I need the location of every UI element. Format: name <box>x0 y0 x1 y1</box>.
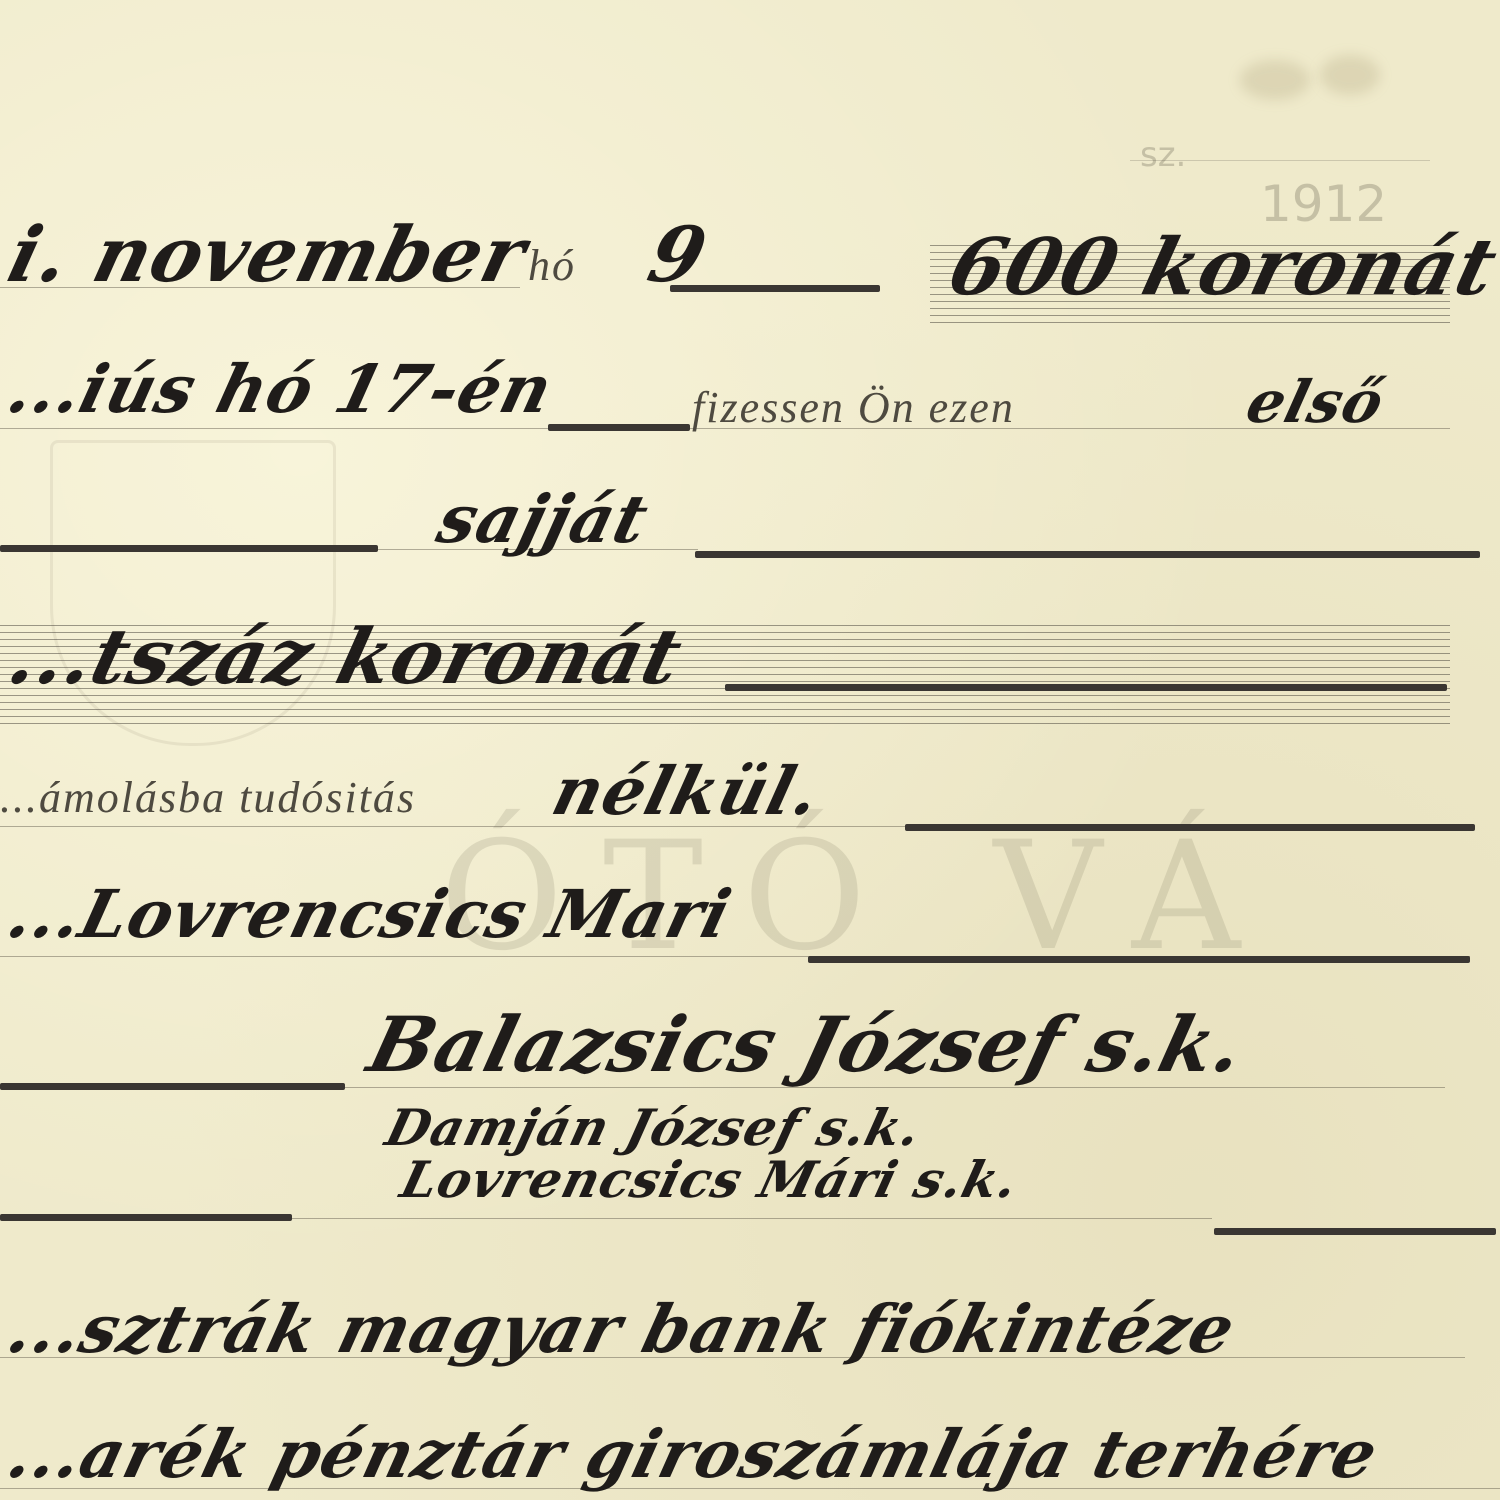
scanned-document: ÓTÓ VÁ sz. 1912 i. november hó 9 600 kor… <box>0 0 1500 1500</box>
printed-label-fizessen: fizessen Ön ezen <box>692 382 1015 433</box>
handwritten-account: ...arék pénztár giroszámlája terhére <box>0 1415 1386 1493</box>
handwritten-month: i. november <box>0 210 535 299</box>
due-fill-rule <box>548 424 690 431</box>
handwritten-endorser: ...Lovrencsics Mari <box>0 875 739 953</box>
payee-fill-rule-left <box>0 545 378 552</box>
date-fill-rule <box>670 285 880 292</box>
handwritten-payee: sajját <box>430 480 656 558</box>
notice-fill-rule <box>905 824 1475 831</box>
cosign-fill-rule-right <box>1214 1228 1496 1235</box>
handwritten-ordinal: első <box>1240 368 1391 436</box>
handwritten-amount-words: ...tszáz koronát <box>0 612 691 701</box>
serial-rule <box>1130 160 1430 161</box>
signature-lovrencsics: Lovrencsics Mári s.k. <box>395 1150 1024 1209</box>
ink-smudge <box>1240 60 1310 100</box>
cosign-fill-rule-left <box>0 1214 292 1221</box>
cosign-rule <box>292 1218 1212 1219</box>
handwritten-due-date: ...iús hó 17-én <box>0 350 561 428</box>
handwritten-amount: 600 koronát <box>940 222 1500 313</box>
signature-fill-rule-left <box>0 1083 345 1090</box>
handwritten-bank: ...sztrák magyar bank fiókintéze <box>0 1290 1243 1368</box>
signature-damjan: Damján József s.k. <box>380 1098 928 1157</box>
endorser-fill-rule <box>808 956 1470 963</box>
printed-label-ho: hó <box>528 240 576 291</box>
payee-fill-rule-right <box>695 551 1480 558</box>
signature-balazsics: Balazsics József s.k. <box>360 1000 1254 1089</box>
words-fill-rule <box>725 684 1447 691</box>
ink-smudge <box>1320 55 1380 95</box>
serial-label: sz. <box>1140 135 1186 175</box>
printed-label-tudositas: ...ámolásba tudósitás <box>0 772 416 823</box>
handwritten-notice: nélkül. <box>545 752 828 830</box>
